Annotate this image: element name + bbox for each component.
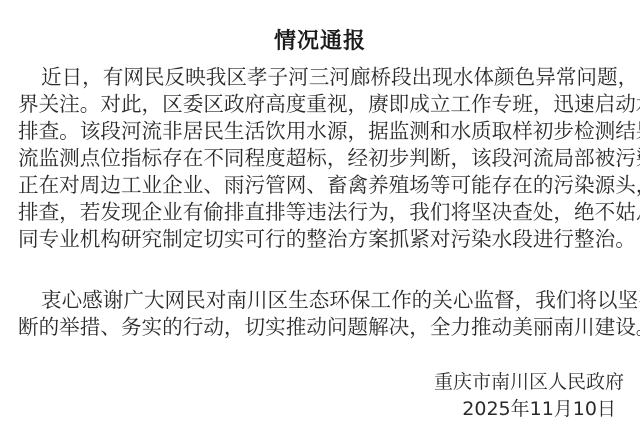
paragraph-line: 正在对周边工业企业、雨污管网、畜禽养殖场等可能存在的污染源头，全面开展现场 — [18, 172, 624, 199]
paragraph-line: 界关注。对此，区委区政府高度重视，赓即成立工作专班，迅速启动水质监测和溯源 — [18, 91, 624, 118]
notice-title: 情况通报 — [0, 24, 640, 55]
paragraph-line: 排查，若发现企业有偷排直排等违法行为，我们将坚决查处，绝不姑息。同时，正会 — [18, 199, 624, 226]
paragraph-line: 衷心感谢广大网民对南川区生态环保工作的关心监督，我们将以坚决的态度、果 — [41, 287, 624, 314]
paragraph-line: 断的举措、务实的行动，切实推动问题解决，全力推动美丽南川建设。 — [18, 314, 624, 341]
paragraph-line: 排查。该段河流非居民生活饮用水源，据监测和水质取样初步检测结果显示，该段河 — [18, 118, 624, 145]
paragraph-line: 近日，有网民反映我区孝子河三河廊桥段出现水体颜色异常问题，引起了社会各 — [41, 64, 624, 91]
signature-date: 2025年11月10日 — [462, 396, 616, 422]
signature-organization: 重庆市南川区人民政府 — [434, 369, 624, 395]
paragraph-line: 同专业机构研究制定切实可行的整治方案抓紧对污染水段进行整治。 — [18, 226, 624, 253]
paragraph-line: 流监测点位指标存在不同程度超标，经初步判断，该段河流局部被污染。目前，我们 — [18, 145, 624, 172]
